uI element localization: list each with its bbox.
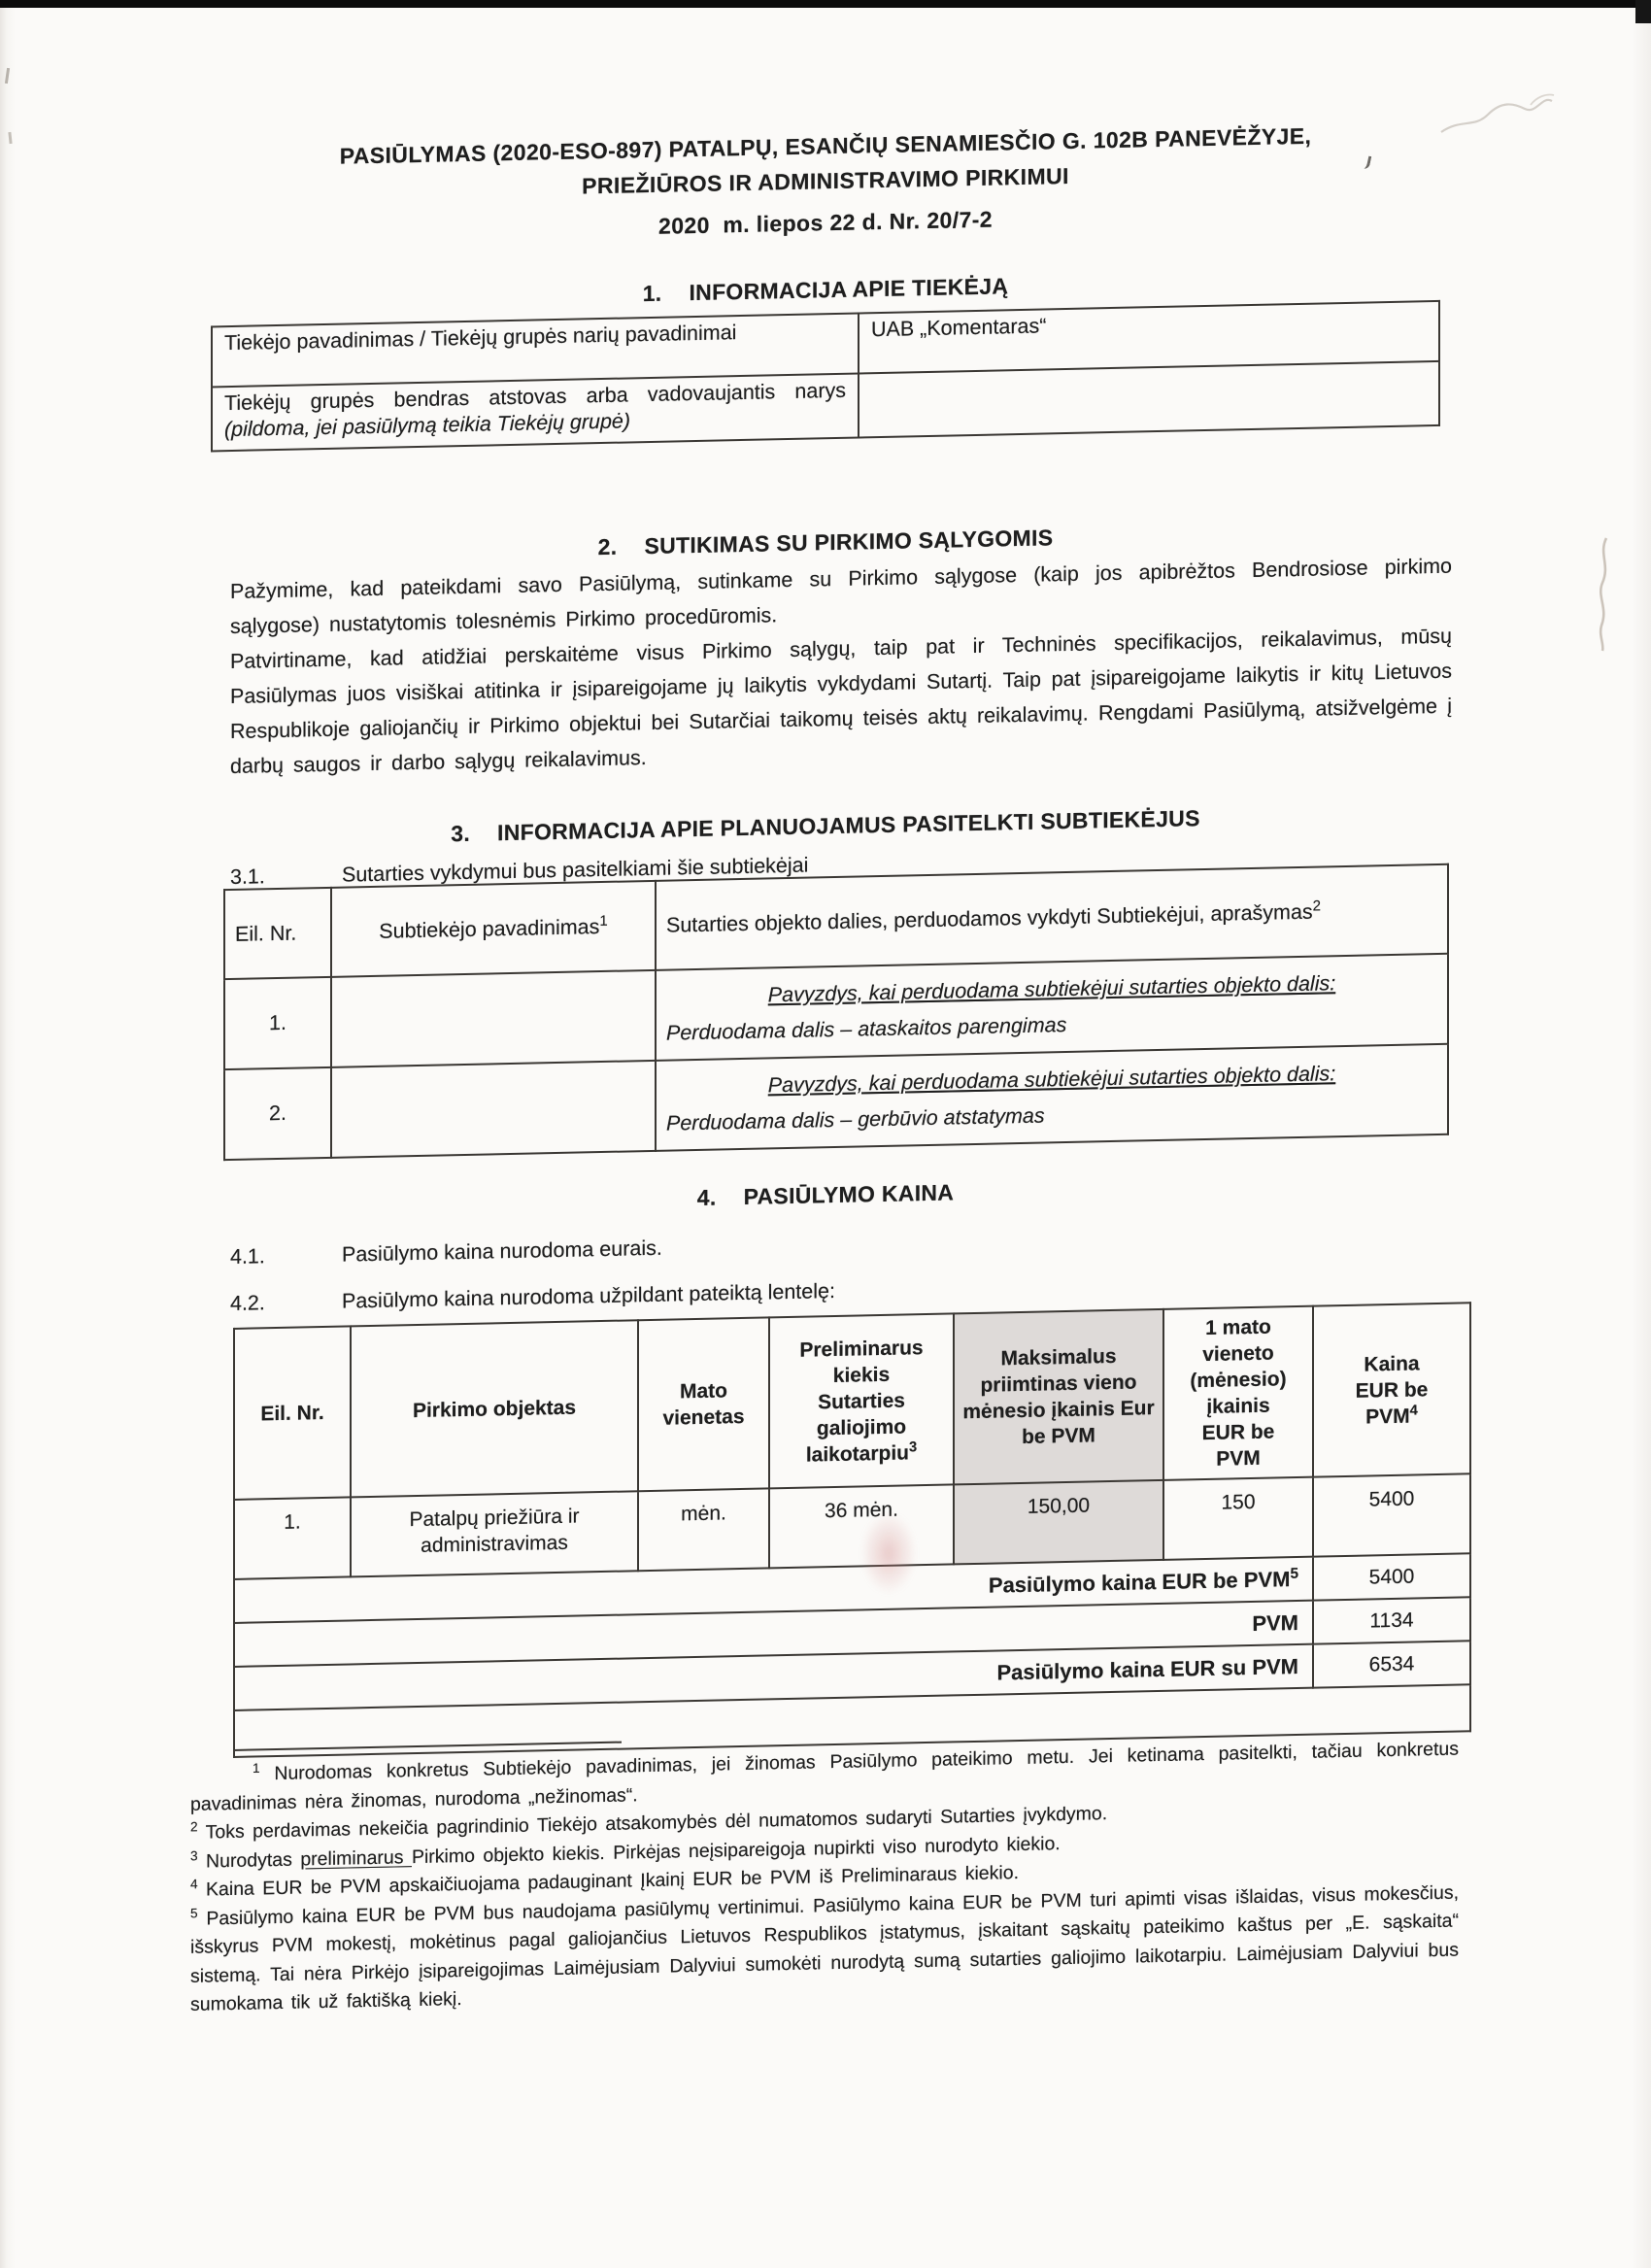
row-2-number: 2. — [224, 1067, 331, 1160]
item-number: 1. — [234, 1497, 351, 1579]
row-1-subcontractor-name — [331, 970, 656, 1067]
max-monthly-rate-value: 150,00 — [954, 1480, 1163, 1565]
clause-4-2-text: Pasiūlymo kaina nurodoma užpildant patei… — [342, 1279, 835, 1314]
quantity-value: 36 mėn. — [769, 1484, 954, 1568]
unit-value: mėn. — [638, 1488, 769, 1571]
col-price-no-vat: Kaina EUR be PVM4 — [1313, 1303, 1470, 1476]
total-with-vat-value: 6534 — [1313, 1641, 1470, 1687]
col-max-monthly-rate: Maksimalus priimtinas vieno mėnesio įkai… — [954, 1309, 1163, 1485]
total-no-vat-value: 5400 — [1313, 1553, 1470, 1600]
section-2-title: SUTIKIMAS SU PIRKIMO SĄLYGOMIS — [644, 525, 1053, 559]
agreement-paragraph-2: Patvirtiname, kad atidžiai perskaitėme v… — [230, 619, 1452, 784]
unit-rate-value: 150 — [1163, 1477, 1313, 1560]
col-contract-part-description: Sutarties objekto dalies, perduodamos vy… — [656, 864, 1448, 970]
group-representative-label: Tiekėjų grupės bendras atstovas arba vad… — [212, 373, 859, 451]
section-4-title: PASIŪLYMO KAINA — [744, 1179, 955, 1209]
section-3-number: 3. — [451, 821, 470, 846]
row-1-number: 1. — [224, 977, 331, 1069]
section-4-heading: 4.PASIŪLYMO KAINA — [0, 1165, 1651, 1226]
clause-4-1-text: Pasiūlymo kaina nurodoma eurais. — [342, 1236, 662, 1268]
col-unit-rate: 1 mato vieneto (mėnesio) įkainis EUR be … — [1163, 1306, 1313, 1480]
section-3-title: INFORMACIJA APIE PLANUOJAMUS PASITELKTI … — [497, 805, 1200, 845]
col-unit: Mato vienetas — [638, 1317, 769, 1491]
col-eil-nr: Eil. Nr. — [234, 1326, 351, 1500]
section-2-number: 2. — [598, 534, 618, 559]
section-1-number: 1. — [643, 281, 662, 306]
clause-3-1-number: 3.1. — [230, 864, 265, 890]
document-sheet: PASIŪLYMAS (2020-ESO-897) PATALPŲ, ESANČ… — [0, 0, 1651, 2268]
clause-4-2-number: 4.2. — [230, 1291, 265, 1316]
document-title: PASIŪLYMAS (2020-ESO-897) PATALPŲ, ESANČ… — [0, 111, 1651, 257]
row-1-description: Pavyzdys, kai perduodama subtiekėjui sut… — [656, 954, 1448, 1061]
section-4-number: 4. — [697, 1185, 717, 1210]
row-2-subcontractor-name — [331, 1061, 656, 1158]
price-table-header-row: Eil. Nr. Pirkimo objektas Mato vienetas … — [234, 1303, 1470, 1500]
col-purchase-object: Pirkimo objektas — [351, 1320, 638, 1497]
subcontractors-table: Eil. Nr. Subtiekėjo pavadinimas1 Sutarti… — [223, 863, 1449, 1161]
col-eil-nr: Eil. Nr. — [224, 888, 331, 979]
supplier-info-table: Tiekėjo pavadinimas / Tiekėjų grupės nar… — [211, 300, 1440, 453]
vat-value: 1134 — [1313, 1597, 1470, 1643]
clause-4-1-number: 4.1. — [230, 1244, 265, 1269]
price-clause-1-line: 4.1. Pasiūlymo kaina nurodoma eurais. — [0, 1215, 1651, 1250]
row-2-description: Pavyzdys, kai perduodama subtiekėjui sut… — [656, 1044, 1448, 1151]
footnotes-block: 1 Nurodomas konkretus Subtiekėjo pavadin… — [190, 1736, 1459, 2020]
purchase-object-value: Patalpų priežiūra ir administravimas — [351, 1491, 638, 1576]
section-1-title: INFORMACIJA APIE TIEKĖJĄ — [689, 273, 1008, 305]
group-representative-value — [859, 361, 1439, 438]
section-3-heading: 3.INFORMACIJA APIE PLANUOJAMUS PASITELKT… — [0, 795, 1651, 857]
col-subcontractor-name: Subtiekėjo pavadinimas1 — [331, 881, 656, 977]
scanned-document-page: { "colors": { "ink": "#1e1e1e", "table_b… — [0, 0, 1651, 2268]
price-no-vat-value: 5400 — [1313, 1473, 1470, 1556]
price-table: Eil. Nr. Pirkimo objektas Mato vienetas … — [233, 1302, 1471, 1758]
col-preliminary-quantity: Preliminarus kiekis Sutarties galiojimo … — [769, 1313, 954, 1488]
